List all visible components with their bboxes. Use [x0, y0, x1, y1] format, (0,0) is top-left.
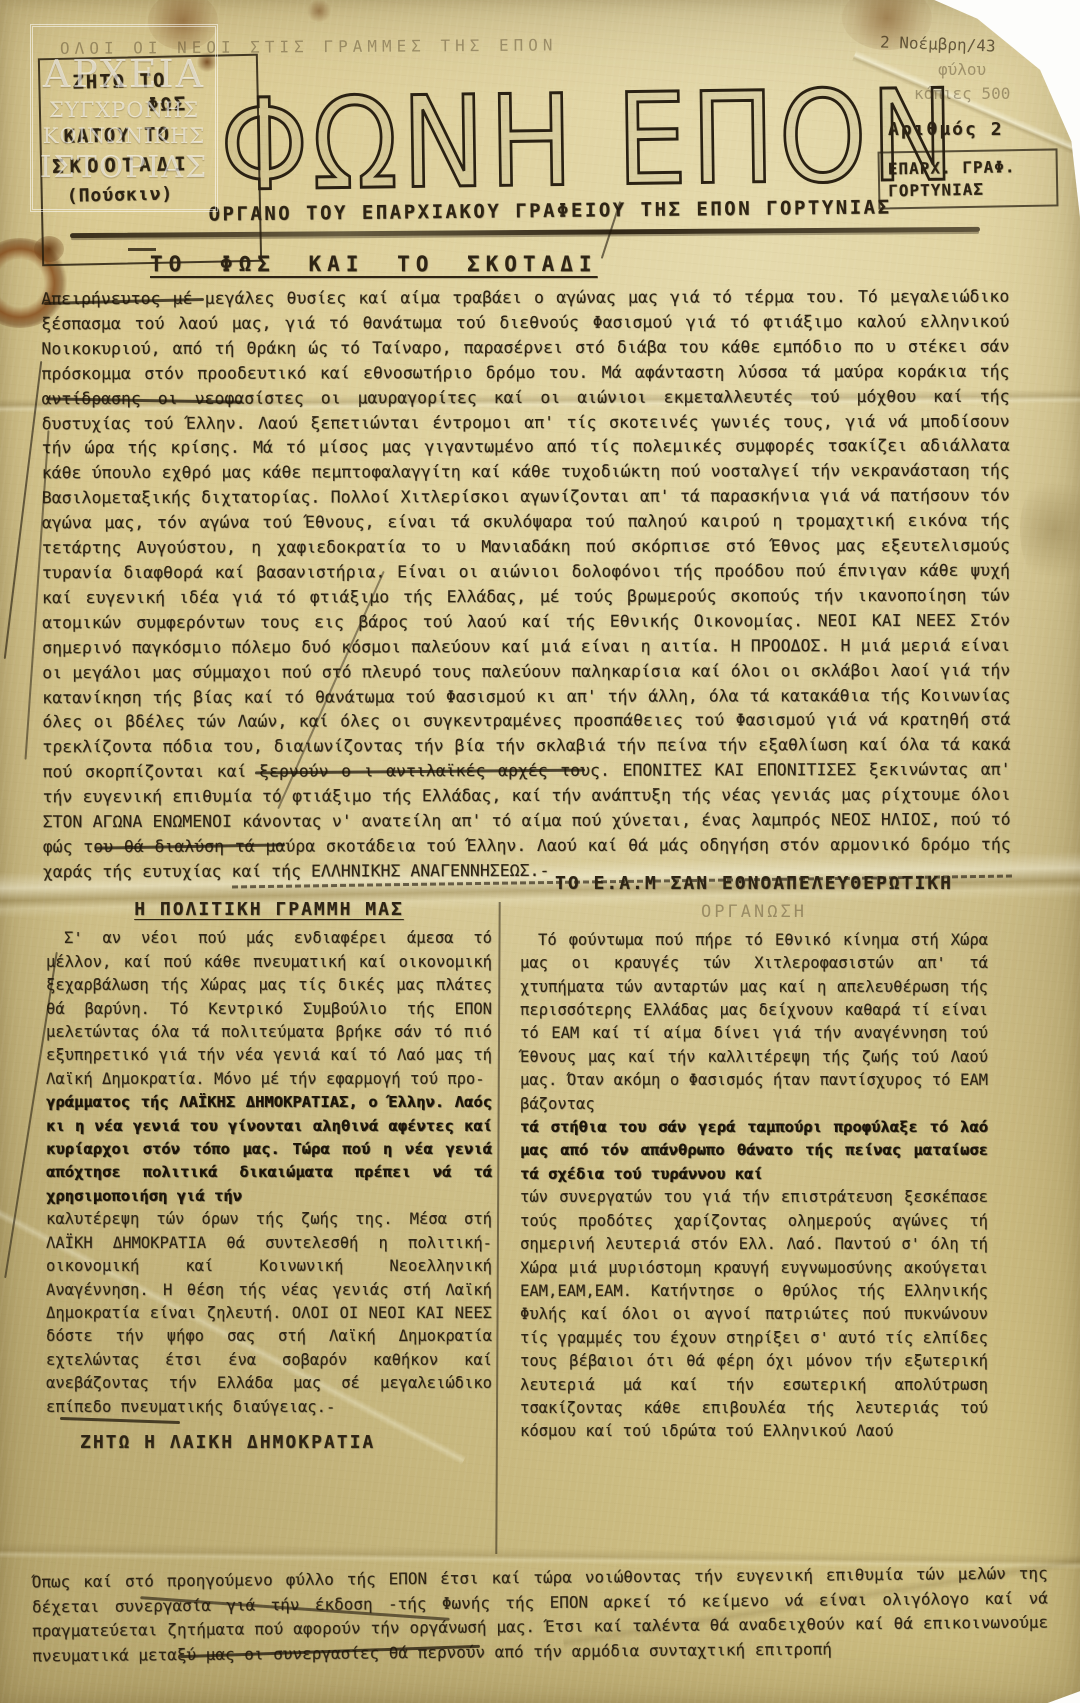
right-column-paragraph-bold: τά στήθια του σάν γερά ταμπούρι προφύλαξ… — [520, 1116, 988, 1186]
article-body: Απειρήνευτος μέ μεγάλες θυσίες καί αίμα … — [41, 285, 1011, 885]
office-line: ΕΠΑΡΧ. ΓΡΑΦ. — [888, 156, 1048, 181]
left-column-paragraph: καλυτέρεψη τών όρων τής ζωής της. Μέσα σ… — [46, 1208, 492, 1419]
left-column-paragraph-bold: γράμματος τής ΛΑΪΚΗΣ ΔΗΜΟΚΡΑΤΙΑΣ, ο Έλλη… — [46, 1091, 492, 1208]
left-column-paragraph: Σ' αν νέοι πού μάς ενδιαφέρει άμεσα τό μ… — [46, 927, 492, 1091]
column-divider — [495, 902, 500, 1554]
issue-number: Αριθμός 2 — [888, 118, 1080, 142]
pen-scratch — [4, 361, 43, 659]
left-column-article: Η ΠΟΛΙΤΙΚΗ ΓΡΑΜΜΗ ΜΑΣ Σ' αν νέοι πού μάς… — [46, 898, 492, 1454]
left-column-title: Η ΠΟΛΙΤΙΚΗ ΓΡΑΜΜΗ ΜΑΣ — [134, 899, 404, 920]
date-line: 2 Νοέμβρη/43 — [880, 31, 1080, 62]
right-column-article: ΤΟ Ε.Α.Μ ΣΑΝ ΕΘΝΟΑΠΕΛΕΥΘΕΡΩΤΙΚΗ ΟΡΓΑΝΩΣΗ… — [520, 872, 988, 1444]
copies-line: κόπιες 500 — [914, 82, 1080, 106]
right-column-paragraph: τών συνεργατών του γιά τήν επιστράτευση … — [520, 1186, 988, 1443]
header-rule-tick — [128, 248, 156, 251]
footer-note: Όπως καί στό προηγούμενο φύλλο τής ΕΠΟΝ … — [32, 1562, 1049, 1669]
edge-smudge — [1020, 470, 1080, 590]
brown-spot — [306, 0, 332, 22]
article-title: ΤΟ ΦΩΣ ΚΑΙ ΤΟ ΣΚΟΤΑΔΙ — [150, 252, 598, 276]
paper-sheet: ΟΛΟΙ ΟΙ ΝΕΟΙ ΣΤΙΣ ΓΡΑΜΜΕΣ ΤΗΣ ΕΠΟΝ ΖΗΤΩ … — [0, 0, 1080, 1703]
right-column-paragraph: Τό φούντωμα πού πήρε τό Εθνικό κίνημα στ… — [520, 929, 988, 1116]
right-column-title: ΤΟ Ε.Α.Μ ΣΑΝ ΕΘΝΟΑΠΕΛΕΥΘΕΡΩΤΙΚΗ — [520, 872, 988, 895]
publication-info: 2 Νοέμβρη/43 φύλου κόπιες 500 Αριθμός 2 … — [880, 34, 1080, 208]
left-column-slogan: ΖΗΤΩ Η ΛΑΙΚΗ ΔΗΜΟΚΡΑΤΙΑ — [80, 1431, 492, 1454]
svg-text:ΦΩΝΗ ΕΠΟΝ: ΦΩΝΗ ΕΠΟΝ — [219, 62, 959, 219]
newspaper-page: ΟΛΟΙ ΟΙ ΝΕΟΙ ΣΤΙΣ ΓΡΑΜΜΕΣ ΤΗΣ ΕΠΟΝ ΖΗΤΩ … — [0, 0, 1080, 1703]
right-column-title-line2: ΟΡΓΑΝΩΣΗ — [520, 901, 988, 924]
issue-line: φύλου — [938, 58, 1080, 82]
